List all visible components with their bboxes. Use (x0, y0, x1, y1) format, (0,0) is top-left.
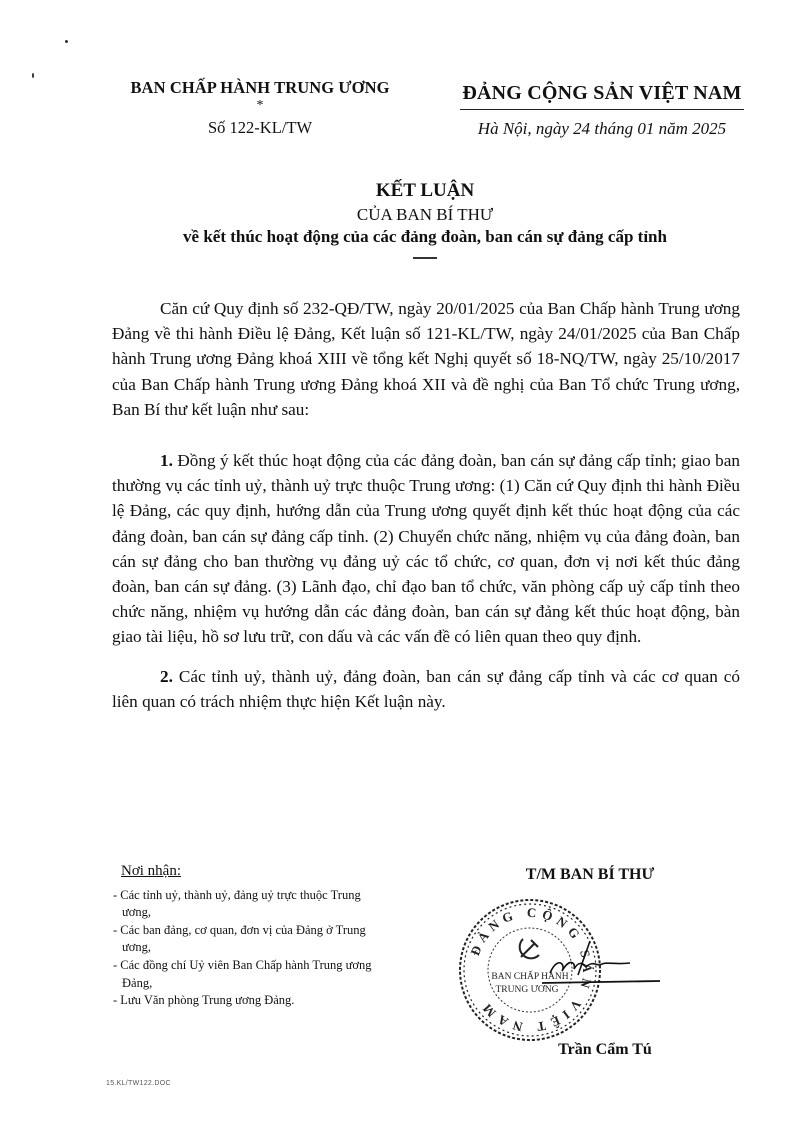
recipients-heading: Nơi nhận: (121, 863, 373, 881)
clause-number: 2. (160, 667, 173, 686)
header-rule (460, 109, 744, 110)
star-mark: * (105, 100, 415, 112)
document-issuer: CỦA BAN BÍ THƯ (100, 205, 750, 225)
document-type: KẾT LUẬN (100, 180, 750, 202)
place-date: Hà Nội, ngày 24 tháng 01 năm 2025 (452, 119, 752, 139)
signature-block: T/M BAN BÍ THƯ Trần Cẩm Tú (460, 866, 720, 884)
clause-number: 1. (160, 451, 173, 470)
recipient-item: - Các ban đảng, cơ quan, đơn vị của Đảng… (113, 922, 373, 957)
file-code: 15.KL/TW122.DOC (106, 1080, 171, 1087)
header-right: ĐẢNG CỘNG SẢN VIỆT NAM Hà Nội, ngày 24 t… (452, 82, 752, 139)
clause-1: 1. Đồng ý kết thúc hoạt động của các đản… (112, 448, 740, 650)
handwritten-signature (540, 935, 680, 995)
recipient-item: - Các đồng chí Uỷ viên Ban Chấp hành Tru… (113, 957, 373, 992)
recipient-item: - Lưu Văn phòng Trung ương Đảng. (113, 992, 373, 1010)
on-behalf-label: T/M BAN BÍ THƯ (460, 866, 720, 884)
clause-text: Đồng ý kết thúc hoạt động của các đảng đ… (112, 451, 740, 646)
hammer-sickle-icon (520, 939, 539, 958)
recipients-block: Nơi nhận: - Các tỉnh uỷ, thành uỷ, đảng … (113, 863, 373, 1010)
document-subject: về kết thúc hoạt động của các đảng đoàn,… (100, 227, 750, 247)
clause-2: 2. Các tỉnh uỷ, thành uỷ, đảng đoàn, ban… (112, 664, 740, 714)
document-body: Căn cứ Quy định số 232-QĐ/TW, ngày 20/01… (112, 296, 740, 714)
recipient-item: - Các tỉnh uỷ, thành uỷ, đảng uỷ trực th… (113, 887, 373, 922)
preamble: Căn cứ Quy định số 232-QĐ/TW, ngày 20/01… (112, 296, 740, 422)
title-divider (413, 257, 437, 259)
party-name: ĐẢNG CỘNG SẢN VIỆT NAM (452, 82, 752, 105)
scan-speck (65, 40, 68, 43)
scan-speck (32, 73, 34, 78)
document-number: Số 122-KL/TW (105, 118, 415, 138)
title-block: KẾT LUẬN CỦA BAN BÍ THƯ về kết thúc hoạt… (100, 180, 750, 259)
clause-text: Các tỉnh uỷ, thành uỷ, đảng đoàn, ban cá… (112, 667, 740, 711)
issuing-body: BAN CHẤP HÀNH TRUNG ƯƠNG (105, 78, 415, 98)
header-left: BAN CHẤP HÀNH TRUNG ƯƠNG * Số 122-KL/TW (105, 78, 415, 138)
